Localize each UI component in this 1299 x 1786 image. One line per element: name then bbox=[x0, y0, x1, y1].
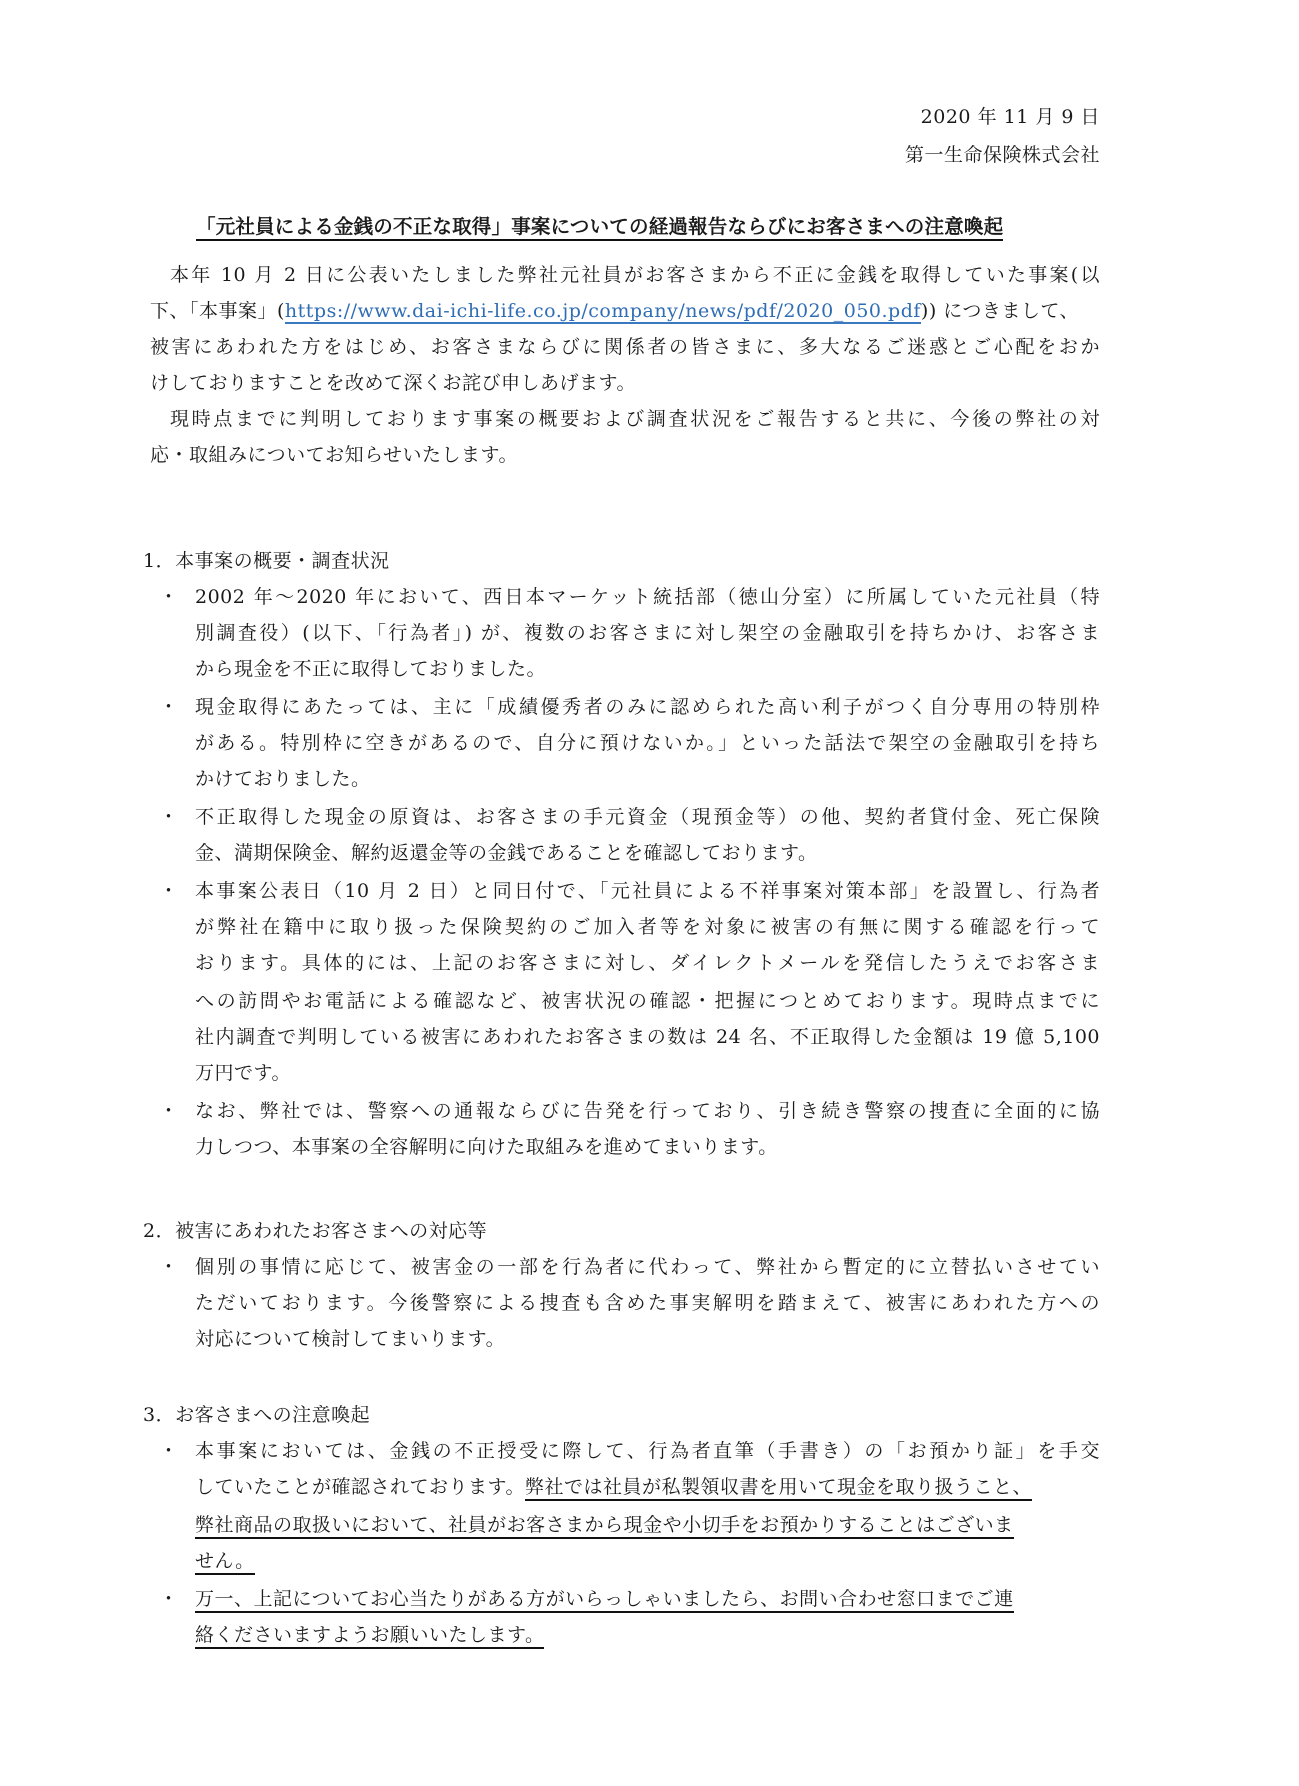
news-pdf-link[interactable]: https://www.dai-ichi-life.co.jp/company/… bbox=[285, 300, 921, 324]
s1-b3-line1: 不正取得した現金の原資は、お客さまの手元資金（現預金等）の他、契約者貸付金、死亡… bbox=[195, 804, 1100, 830]
bullet-icon: ・ bbox=[159, 1098, 178, 1124]
intro-p1-line2-post: )) につきまして、 bbox=[921, 300, 1079, 322]
s3-b1-line2-plain: していたことが確認されております。 bbox=[195, 1476, 525, 1498]
bullet-icon: ・ bbox=[159, 1586, 178, 1612]
s1-b2-line1: 現金取得にあたっては、主に「成績優秀者のみに認められた高い利子がつく自分専用の特… bbox=[195, 694, 1100, 720]
s3-b1-line2-underlined: 弊社では社員が私製領収書を用いて現金を取り扱うこと、 bbox=[525, 1476, 1032, 1501]
bullet-icon: ・ bbox=[159, 878, 178, 904]
s2-b1-line3: 対応について検討してまいります。 bbox=[195, 1326, 1100, 1352]
document-page: 2020 年 11 月 9 日 第一生命保険株式会社 「元社員による金銭の不正な… bbox=[0, 0, 1299, 1786]
s1-b5-line2: 力しつつ、本事案の全容解明に向けた取組みを進めてまいります。 bbox=[195, 1134, 1100, 1160]
s1-b4-line6: 万円です。 bbox=[195, 1060, 1100, 1086]
intro-p2-line2: 応・取組みについてお知らせいたします。 bbox=[150, 442, 1100, 468]
s3-b1-line3: 弊社商品の取扱いにおいて、社員がお客さまから現金や小切手をお預かりすることはござ… bbox=[195, 1512, 1100, 1538]
s3-b1-line4: せん。 bbox=[195, 1548, 1100, 1574]
company-name: 第一生命保険株式会社 bbox=[905, 142, 1100, 168]
bullet-icon: ・ bbox=[159, 584, 178, 610]
s1-b3-line2: 金、満期保険金、解約返還金等の金銭であることを確認しております。 bbox=[195, 840, 1100, 866]
intro-p1-line2: 下、「本事案」(https://www.dai-ichi-life.co.jp/… bbox=[150, 298, 1100, 324]
s2-b1-line2: ただいております。今後警察による捜査も含めた事実解明を踏まえて、被害にあわれた方… bbox=[195, 1290, 1100, 1316]
document-date: 2020 年 11 月 9 日 bbox=[921, 104, 1100, 130]
bullet-icon: ・ bbox=[159, 694, 178, 720]
intro-p1-line2-pre: 下、「本事案」( bbox=[150, 300, 285, 322]
s1-b1-line2: 別調査役）(以下、「行為者」) が、複数のお客さまに対し架空の金融取引を持ちかけ… bbox=[195, 620, 1100, 646]
s3-b2-line1-underlined: 万一、上記についてお心当たりがある方がいらっしゃいましたら、お問い合わせ窓口まで… bbox=[195, 1588, 1014, 1613]
section-1-heading: 1．本事案の概要・調査状況 bbox=[143, 548, 390, 574]
bullet-icon: ・ bbox=[159, 1438, 178, 1464]
s3-b1-line4-underlined: せん。 bbox=[195, 1550, 255, 1575]
intro-p1-line3: 被害にあわれた方をはじめ、お客さまならびに関係者の皆さまに、多大なるご迷惑とご心… bbox=[150, 334, 1100, 360]
s1-b4-line4: への訪問やお電話による確認など、被害状況の確認・把握につとめております。現時点ま… bbox=[195, 988, 1100, 1014]
s1-b1-line3: から現金を不正に取得しておりました。 bbox=[195, 656, 1100, 682]
section-3-heading: 3．お客さまへの注意喚起 bbox=[143, 1402, 370, 1428]
document-title: 「元社員による金銭の不正な取得」事案についての経過報告ならびにお客さまへの注意喚… bbox=[196, 215, 1003, 241]
s1-b4-line2: が弊社在籍中に取り扱った保険契約のご加入者等を対象に被害の有無に関する確認を行っ… bbox=[195, 914, 1100, 940]
intro-p1-line1: 本年 10 月 2 日に公表いたしました弊社元社員がお客さまから不正に金銭を取得… bbox=[170, 262, 1100, 288]
s3-b1-line3-underlined: 弊社商品の取扱いにおいて、社員がお客さまから現金や小切手をお預かりすることはござ… bbox=[195, 1514, 1014, 1539]
s3-b1-line1: 本事案においては、金銭の不正授受に際して、行為者直筆（手書き）の「お預かり証」を… bbox=[195, 1438, 1100, 1464]
bullet-icon: ・ bbox=[159, 804, 178, 830]
intro-p2-line1: 現時点までに判明しております事案の概要および調査状況をご報告すると共に、今後の弊… bbox=[170, 406, 1100, 432]
s1-b2-line3: かけておりました。 bbox=[195, 766, 1100, 792]
intro-p1-line4: けしておりますことを改めて深くお詫び申しあげます。 bbox=[150, 370, 1100, 396]
s1-b2-line2: がある。特別枠に空きがあるので、自分に預けないか。」といった話法で架空の金融取引… bbox=[195, 730, 1100, 756]
s1-b4-line5: 社内調査で判明している被害にあわれたお客さまの数は 24 名、不正取得した金額は… bbox=[195, 1024, 1100, 1050]
s3-b1-line2: していたことが確認されております。弊社では社員が私製領収書を用いて現金を取り扱う… bbox=[195, 1474, 1100, 1500]
s2-b1-line1: 個別の事情に応じて、被害金の一部を行為者に代わって、弊社から暫定的に立替払いさせ… bbox=[195, 1254, 1100, 1280]
section-2-heading: 2．被害にあわれたお客さまへの対応等 bbox=[143, 1218, 487, 1244]
s1-b4-line3: おります。具体的には、上記のお客さまに対し、ダイレクトメールを発信したうえでお客… bbox=[195, 950, 1100, 976]
s1-b5-line1: なお、弊社では、警察への通報ならびに告発を行っており、引き続き警察の捜査に全面的… bbox=[195, 1098, 1100, 1124]
s3-b2-line2: 絡くださいますようお願いいたします。 bbox=[195, 1622, 1100, 1648]
s1-b4-line1: 本事案公表日（10 月 2 日）と同日付で、「元社員による不祥事案対策本部」を設… bbox=[195, 878, 1100, 904]
s3-b2-line2-underlined: 絡くださいますようお願いいたします。 bbox=[195, 1624, 544, 1649]
s1-b1-line1: 2002 年～2020 年において、西日本マーケット統括部（徳山分室）に所属して… bbox=[195, 584, 1100, 610]
s3-b2-line1: 万一、上記についてお心当たりがある方がいらっしゃいましたら、お問い合わせ窓口まで… bbox=[195, 1586, 1100, 1612]
bullet-icon: ・ bbox=[159, 1254, 178, 1280]
